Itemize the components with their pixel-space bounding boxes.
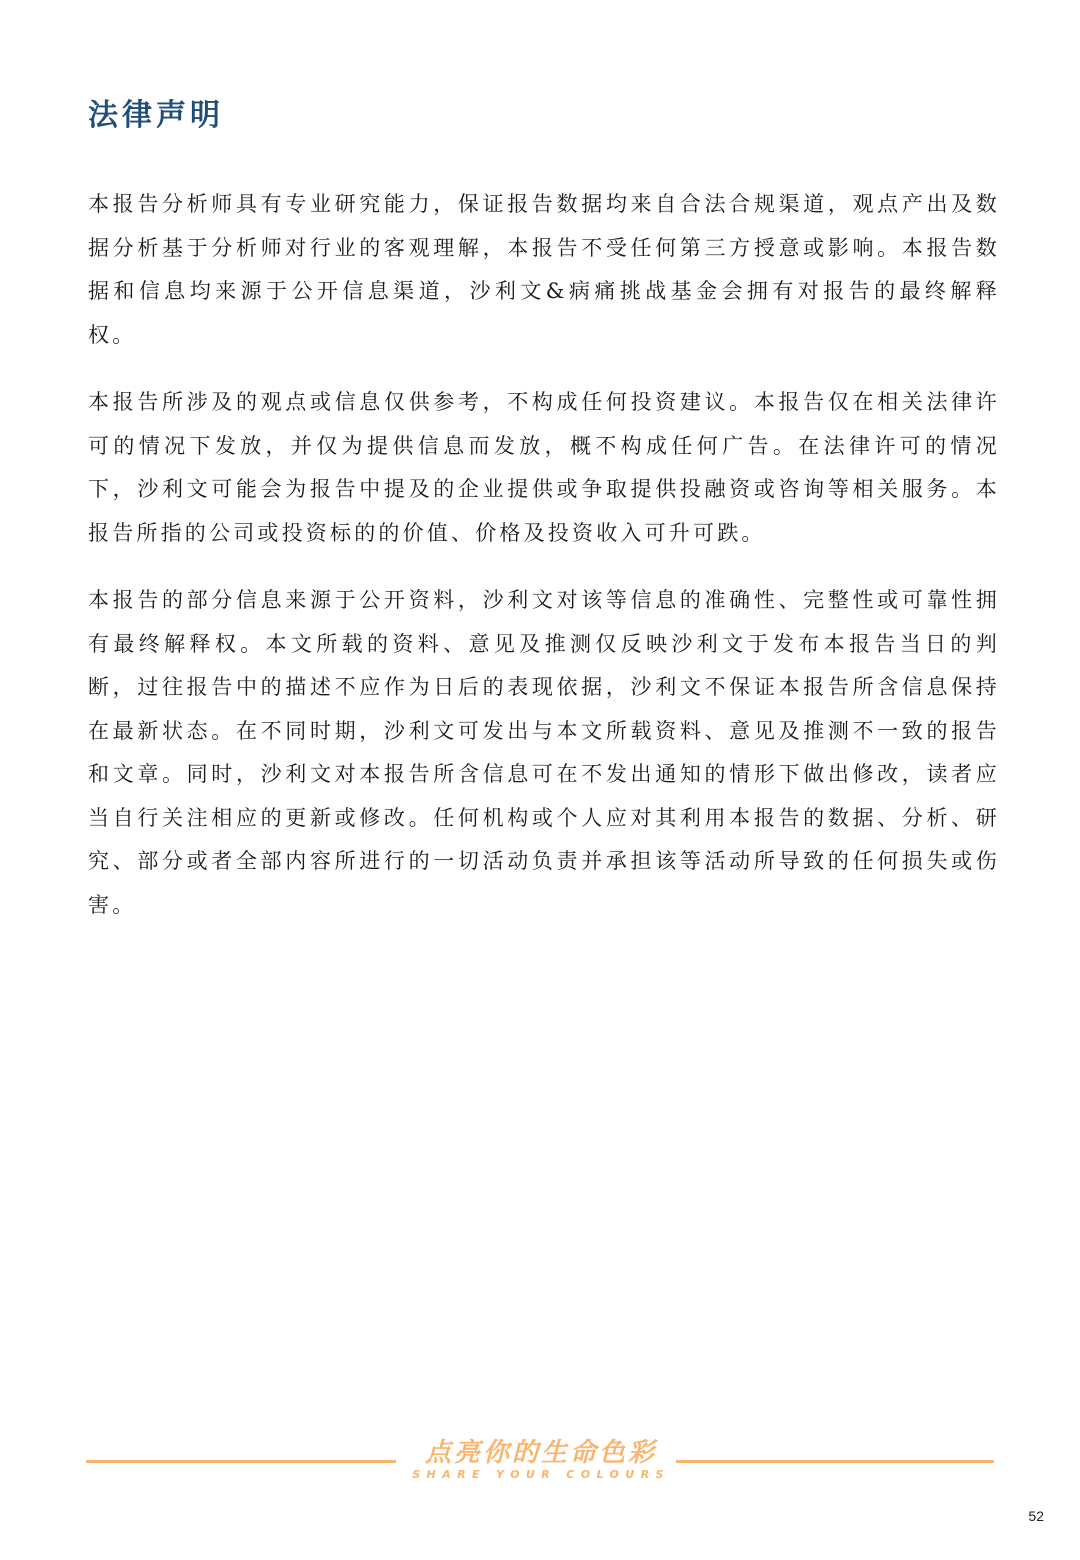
paragraph-investment-disclaimer: 本报告所涉及的观点或信息仅供参考，不构成任何投资建议。本报告仅在相关法律许可的情… [88,381,1000,555]
footer-divider-right [676,1460,994,1463]
page-title: 法律声明 [88,96,224,136]
footer-banner: 点亮你的生命色彩 SHARE YOUR COLOURS [86,1436,994,1486]
paragraph-analyst-disclaimer: 本报告分析师具有专业研究能力，保证报告数据均来自合法合规渠道，观点产出及数据分析… [88,183,1000,357]
footer-slogan: 点亮你的生命色彩 [404,1438,678,1468]
footer-slogan-english: SHARE YOUR COLOURS [404,1468,678,1482]
paragraph-information-disclaimer: 本报告的部分信息来源于公开资料，沙利文对该等信息的准确性、完整性或可靠性拥有最终… [88,579,1000,927]
page-number: 52 [1028,1508,1044,1524]
legal-statement-body: 本报告分析师具有专业研究能力，保证报告数据均来自合法合规渠道，观点产出及数据分析… [88,183,1000,951]
footer-divider-left [86,1460,396,1463]
